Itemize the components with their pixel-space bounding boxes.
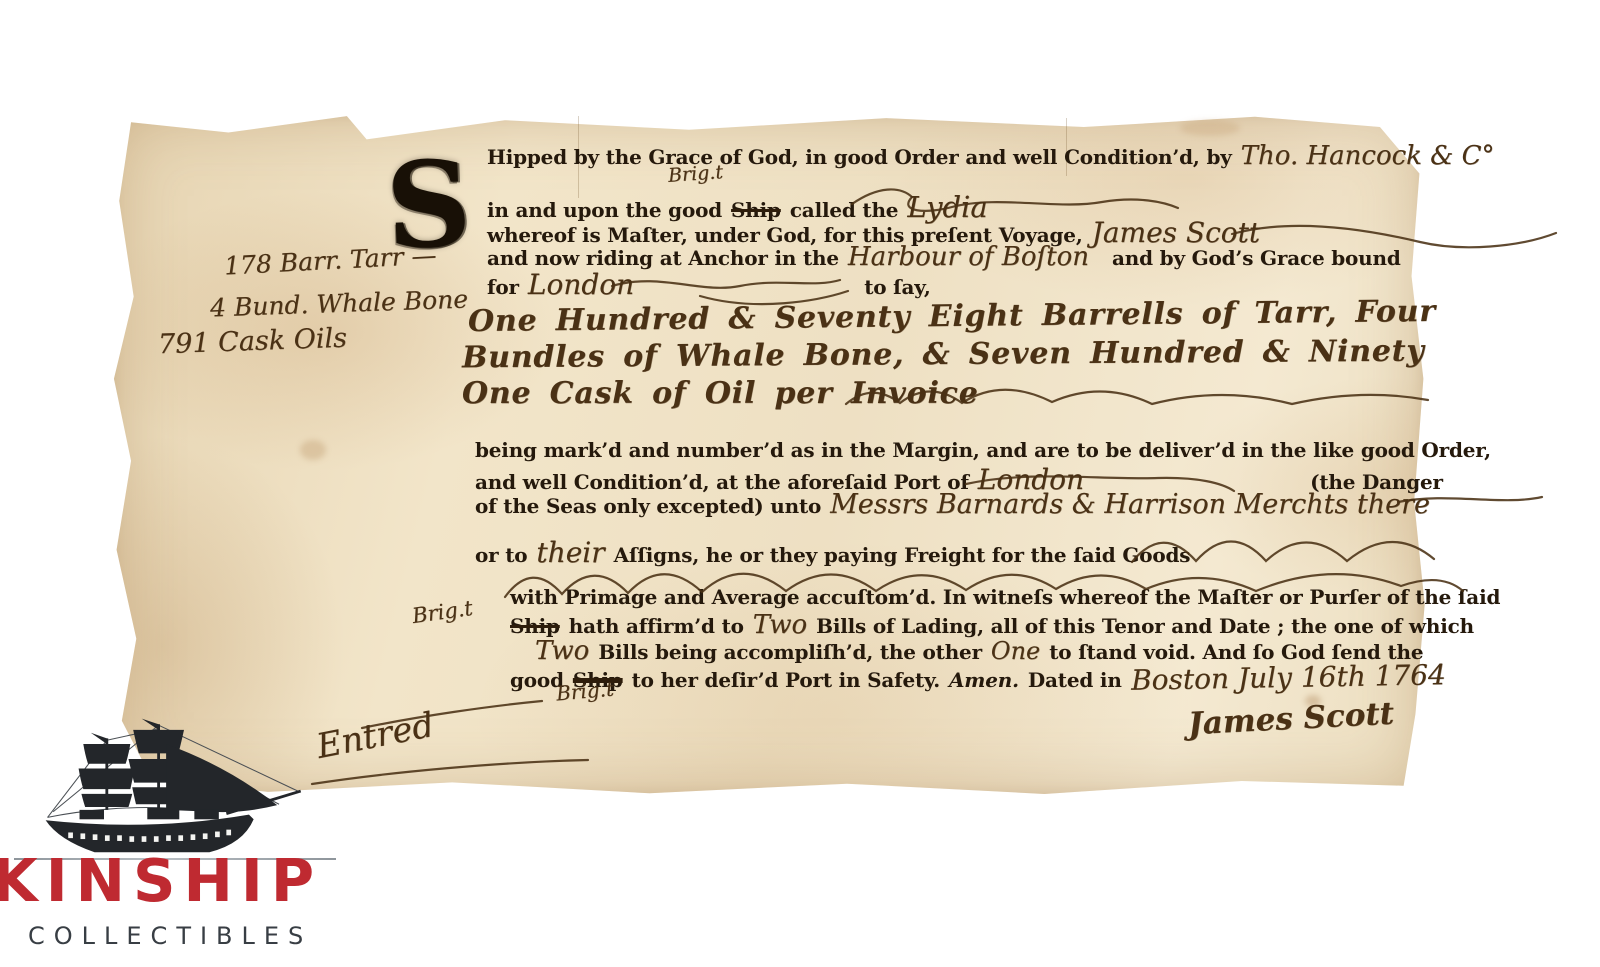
printed-line-witness-1: with Primage and Average accuſtom’d. In … bbox=[510, 585, 1500, 609]
printed-amen: Amen. bbox=[949, 668, 1019, 692]
printed-text: Hipped by the Grace of God, in good Orde… bbox=[487, 145, 1232, 169]
printed-line-witness-4: good Ship to her deſir’d Port in Safety.… bbox=[510, 661, 1446, 694]
paper-stain bbox=[1180, 120, 1240, 136]
annotation-brig-bottom: Brig.t bbox=[555, 677, 615, 706]
printed-line-shipped-by: Hipped by the Grace of God, in good Orde… bbox=[487, 141, 1495, 171]
brand-name: KINSHIP bbox=[0, 846, 322, 915]
brand-subtitle: COLLECTIBLES bbox=[28, 922, 312, 950]
scanned-listing-image: S Hipped by the Grace of God, in good Or… bbox=[0, 0, 1600, 967]
handwritten-date: Boston July 16th 1764 bbox=[1130, 658, 1445, 696]
cargo-line-2: Bundles of Whale Bone, & Seven Hundred &… bbox=[462, 334, 1425, 376]
margin-note-oil: 791 Cask Oils bbox=[158, 323, 348, 361]
printed-line-delivery-3: of the Seas only excepted) unto Messrs B… bbox=[475, 489, 1430, 520]
handwritten-consignee: Messrs Barnards & Harrison Merchts there bbox=[830, 489, 1430, 520]
printed-line-destination: for London to ſay, bbox=[487, 268, 931, 301]
paper-stain bbox=[300, 440, 326, 460]
handwritten-their: their bbox=[536, 536, 604, 569]
handwritten-shipper-name: Tho. Hancock & C° bbox=[1241, 141, 1495, 171]
dealer-logo: KINSHIP COLLECTIBLES bbox=[0, 700, 420, 967]
cargo-line-3: One Cask of Oil per Invoice bbox=[462, 376, 979, 411]
printed-line-delivery-1: being mark’d and number’d as in the Marg… bbox=[475, 438, 1491, 462]
struck-word-ship: Ship bbox=[510, 614, 560, 638]
handwritten-destination: London bbox=[528, 268, 634, 301]
annotation-brig-top: Brig.t bbox=[667, 161, 723, 187]
printed-line-assigns: or to their Aſſigns, he or they paying F… bbox=[475, 536, 1190, 569]
